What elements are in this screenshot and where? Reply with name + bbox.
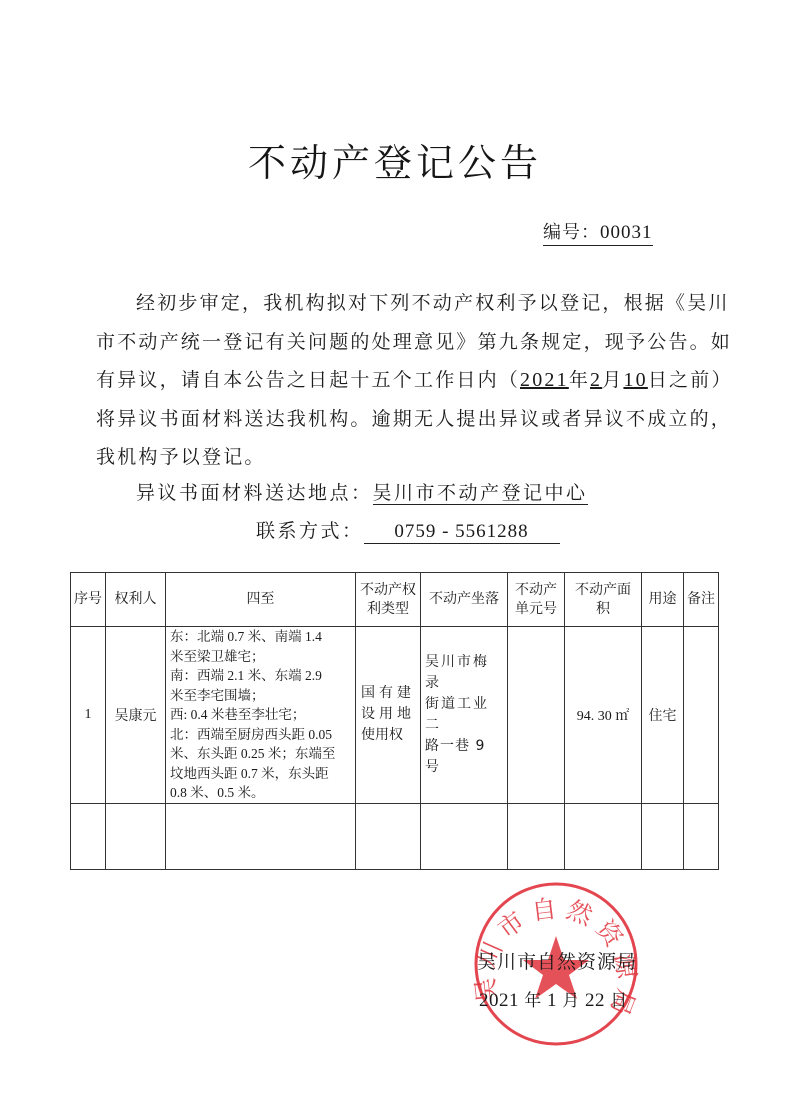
header-line: 不动产 — [508, 581, 564, 600]
paragraph-line: 经初步审定，我机构拟对下列不动产权利予以登记，根据《吴川 — [96, 284, 686, 323]
boundary-line: 南：西端 2.1 米、东端 2.9 — [170, 666, 351, 686]
header-owner: 权利人 — [106, 573, 166, 627]
boundary-line: 米、东头距 0.25 米；东端至 — [170, 744, 351, 764]
cell-owner — [106, 803, 166, 869]
boundary-line: 东：北端 0.7 米、南端 1.4 — [170, 627, 351, 647]
cell-area: 94. 30 ㎡ — [565, 627, 642, 804]
notice-number-value: 00031 — [600, 222, 653, 243]
boundary-line: 西: 0.4 米巷至李壮宅； — [170, 705, 351, 725]
rights-type-line: 使用权 — [361, 725, 415, 746]
cell-boundaries — [166, 803, 356, 869]
cell-location — [421, 803, 508, 869]
cell-index: 1 — [71, 627, 106, 804]
rights-type-line: 设用地 — [361, 704, 415, 725]
month-char: 月 — [562, 991, 580, 1011]
registration-table: 序号 权利人 四至 不动产权 利类型 不动产坐落 不动产 单元号 不动产面 积 … — [70, 572, 719, 870]
header-unit-no: 不动产 单元号 — [508, 573, 565, 627]
notice-number-label: 编号： — [543, 222, 600, 243]
header-line: 不动产权 — [356, 581, 420, 600]
header-line: 不动产面 — [565, 581, 641, 600]
cell-area — [565, 803, 642, 869]
table-row: 1 吴康元 东：北端 0.7 米、南端 1.4 米至梁卫雄宅； 南：西端 2.1… — [71, 627, 719, 804]
day-char: 日 — [610, 991, 628, 1011]
boundary-line: 坟地西头距 0.7 米，东头距 — [170, 764, 351, 784]
cell-rights-type — [356, 803, 421, 869]
paragraph-line: 市不动产统一登记有关问题的处理意见》第九条规定，现予公告。如 — [96, 323, 686, 362]
boundary-line: 北：西端至厨房西头距 0.05 — [170, 725, 351, 745]
notice-number: 编号：00031 — [543, 218, 653, 246]
header-rights-type: 不动产权 利类型 — [356, 573, 421, 627]
deadline-month: 2 — [590, 369, 602, 391]
contact-label: 联系方式： — [256, 520, 364, 542]
cell-boundaries: 东：北端 0.7 米、南端 1.4 米至梁卫雄宅； 南：西端 2.1 米、东端 … — [166, 627, 356, 804]
notice-paragraph: 经初步审定，我机构拟对下列不动产权利予以登记，根据《吴川 市不动产统一登记有关问… — [96, 284, 686, 477]
date-day: 22 — [585, 990, 605, 1011]
paragraph-line: 有异议，请自本公告之日起十五个工作日内（2021年2月10日之前） — [96, 361, 686, 400]
header-location: 不动产坐落 — [421, 573, 508, 627]
objection-address-label: 异议书面材料送达地点： — [136, 482, 373, 504]
year-char: 年 — [524, 991, 542, 1011]
cell-index — [71, 803, 106, 869]
cell-remark — [684, 803, 719, 869]
header-line: 利类型 — [356, 600, 420, 619]
cell-usage: 住宅 — [642, 627, 684, 804]
signing-organization: 吴川市自然资源局 — [477, 947, 637, 974]
boundary-line: 米至李宅围墙； — [170, 686, 351, 706]
header-remark: 备注 — [684, 573, 719, 627]
location-line: 吴川市梅录 — [425, 652, 503, 694]
cell-remark — [684, 627, 719, 804]
month-char: 月 — [602, 369, 623, 391]
paragraph-text: 有异议，请自本公告之日起十五个工作日内（ — [96, 369, 520, 391]
header-boundaries: 四至 — [166, 573, 356, 627]
cell-owner: 吴康元 — [106, 627, 166, 804]
cell-usage — [642, 803, 684, 869]
header-area: 不动产面 积 — [565, 573, 642, 627]
date-year: 2021 — [479, 990, 519, 1011]
header-line: 单元号 — [508, 600, 564, 619]
header-line: 积 — [565, 600, 641, 619]
location-line: 路一巷 9 号 — [425, 736, 503, 778]
deadline-year: 2021 — [520, 369, 569, 391]
rights-type-line: 国有建 — [361, 683, 415, 704]
deadline-day: 10 — [623, 369, 647, 391]
contact-info: 联系方式：0759 - 5561288 — [256, 516, 560, 544]
paragraph-line: 我机构予以登记。 — [96, 438, 686, 477]
cell-unit-no — [508, 803, 565, 869]
table-row-empty — [71, 803, 719, 869]
cell-location: 吴川市梅录 街道工业二 路一巷 9 号 — [421, 627, 508, 804]
paragraph-text: 日之前） — [648, 369, 733, 391]
cell-rights-type: 国有建 设用地 使用权 — [356, 627, 421, 804]
signing-date: 2021 年 1 月 22 日 — [479, 986, 628, 1012]
year-char: 年 — [569, 369, 590, 391]
header-usage: 用途 — [642, 573, 684, 627]
boundary-line: 0.8 米、0.5 米。 — [170, 783, 351, 803]
location-line: 街道工业二 — [425, 694, 503, 736]
objection-address-value: 吴川市不动产登记中心 — [373, 482, 588, 505]
paragraph-line: 将异议书面材料送达我机构。逾期无人提出异议或者异议不成立的， — [96, 400, 686, 439]
boundary-line: 米至梁卫雄宅； — [170, 647, 351, 667]
header-index: 序号 — [71, 573, 106, 627]
page-title: 不动产登记公告 — [0, 132, 790, 187]
cell-unit-no — [508, 627, 565, 804]
contact-value: 0759 - 5561288 — [364, 521, 560, 544]
date-month: 1 — [547, 990, 557, 1011]
objection-address: 异议书面材料送达地点：吴川市不动产登记中心 — [136, 478, 588, 505]
table-header-row: 序号 权利人 四至 不动产权 利类型 不动产坐落 不动产 单元号 不动产面 积 … — [71, 573, 719, 627]
